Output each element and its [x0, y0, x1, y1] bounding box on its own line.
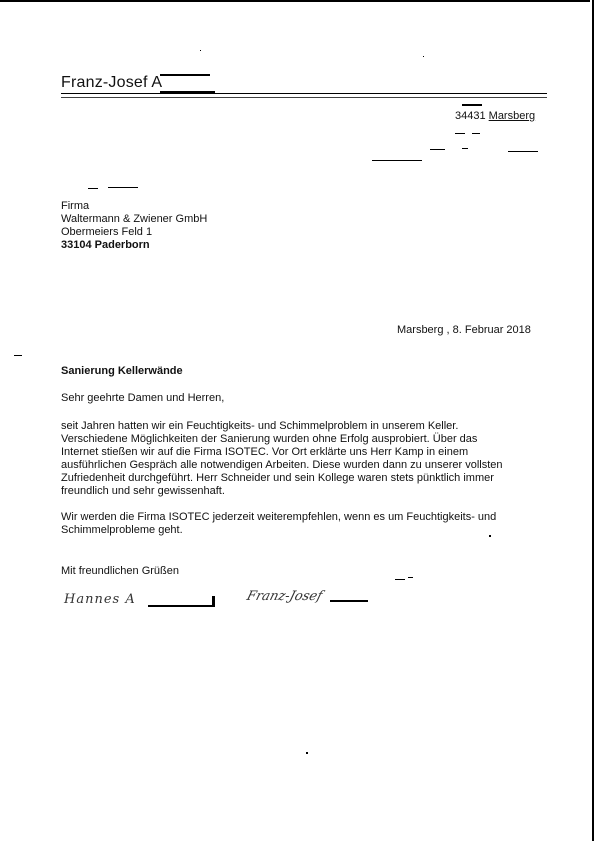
- body-line: Wir werden die Firma ISOTEC jederzeit we…: [61, 511, 496, 524]
- body-line: seit Jahren hatten wir ein Feuchtigkeits…: [61, 420, 503, 433]
- redaction-mark: [88, 188, 98, 189]
- redaction-mark: [108, 187, 138, 188]
- redaction-bar: [160, 74, 210, 76]
- sender-postal-code: 34431: [455, 110, 486, 122]
- letterhead-rule: [61, 93, 547, 94]
- scan-edge-top: [0, 0, 590, 2]
- body-line: ausführlichen Gespräch alle notwendigen …: [61, 459, 503, 472]
- redaction-mark: [508, 151, 538, 152]
- recipient-company: Waltermann & Zwiener GmbH: [61, 213, 207, 226]
- sender-city: Marsberg: [489, 110, 535, 122]
- scan-mark: [395, 579, 405, 580]
- scan-speck: [200, 50, 201, 51]
- redaction-mark: [472, 133, 480, 134]
- body-line: Verschiedene Möglichkeiten der Sanierung…: [61, 433, 503, 446]
- redaction-mark: [372, 160, 422, 161]
- redaction-mark: [430, 149, 445, 150]
- scan-mark: [14, 355, 22, 356]
- signature-redaction: [148, 605, 213, 607]
- redaction-mark: [462, 148, 468, 149]
- recipient-line: Firma: [61, 200, 207, 213]
- body-line: freundlich und sehr gewissenhaft.: [61, 485, 503, 498]
- body-paragraph-2: Wir werden die Firma ISOTEC jederzeit we…: [61, 511, 496, 537]
- scan-mark: [408, 577, 413, 578]
- signature-underline: [330, 600, 368, 602]
- letter-subject: Sanierung Kellerwände: [61, 365, 183, 377]
- body-line: Internet stießen wir auf die Firma ISOTE…: [61, 446, 503, 459]
- letter-date: Marsberg , 8. Februar 2018: [397, 324, 531, 336]
- salutation: Sehr geehrte Damen und Herren,: [61, 392, 224, 404]
- scanned-letter-page: Franz-Josef A 34431 Marsberg Firma Walte…: [0, 0, 596, 841]
- body-paragraph-1: seit Jahren hatten wir ein Feuchtigkeits…: [61, 420, 503, 498]
- recipient-address: Firma Waltermann & Zwiener GmbH Obermeie…: [61, 200, 207, 252]
- redaction-mark: [455, 133, 465, 134]
- signature-redaction: [212, 596, 215, 607]
- sender-city-line: 34431 Marsberg: [455, 110, 535, 122]
- signature-right: Franz-Josef: [245, 589, 324, 604]
- body-line: Schimmelprobleme geht.: [61, 524, 496, 537]
- recipient-city: 33104 Paderborn: [61, 239, 207, 252]
- recipient-street: Obermeiers Feld 1: [61, 226, 207, 239]
- scan-speck: [306, 752, 308, 754]
- closing-phrase: Mit freundlichen Grüßen: [61, 565, 179, 577]
- redaction-bar: [462, 104, 482, 106]
- signature-left: Hannes A: [64, 592, 136, 607]
- scan-edge-right: [592, 0, 594, 841]
- scan-speck: [423, 56, 424, 57]
- scan-speck: [489, 535, 491, 537]
- letterhead-rule: [61, 97, 547, 98]
- body-line: Zufriedenheit durchgeführt. Herr Schneid…: [61, 472, 503, 485]
- sender-name: Franz-Josef A: [61, 74, 162, 92]
